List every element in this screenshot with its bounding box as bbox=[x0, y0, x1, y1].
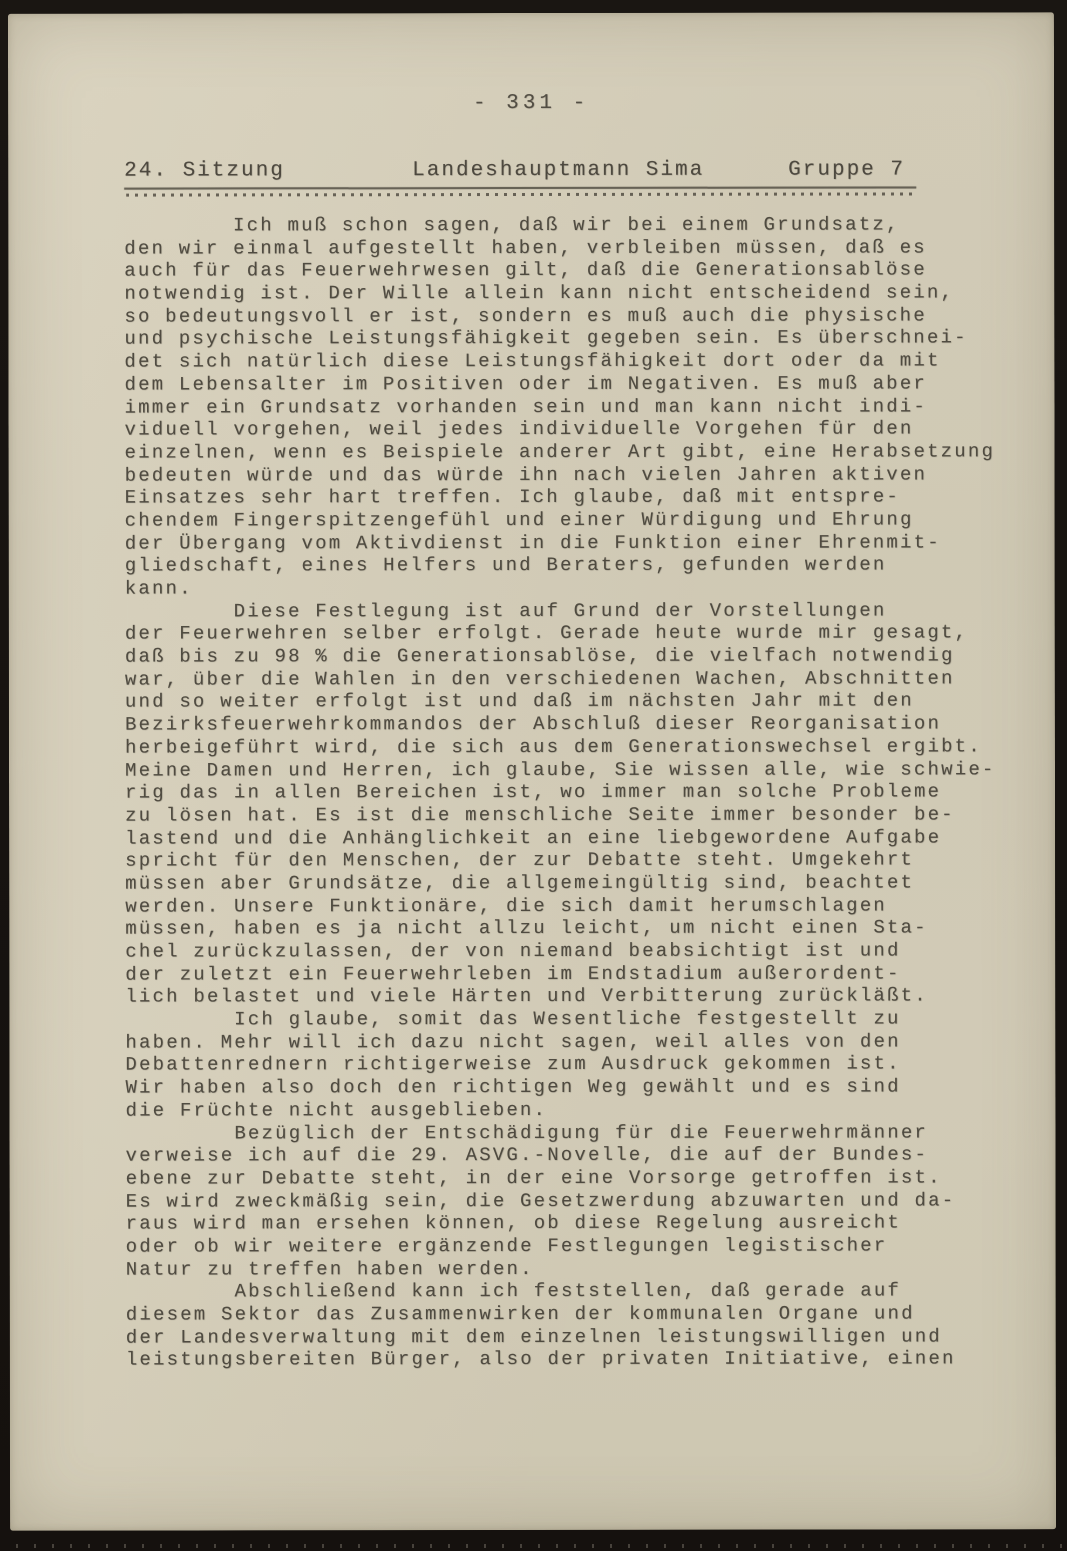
text-line: lastend und die Anhänglichkeit an eine l… bbox=[125, 826, 1025, 850]
header-underline bbox=[124, 186, 916, 189]
text-line: herbeigeführt wird, die sich aus dem Gen… bbox=[125, 735, 1025, 759]
text-line: werden. Unsere Funktionäre, die sich dam… bbox=[125, 894, 1025, 918]
text-line: det sich natürlich diese Leistungsfähigk… bbox=[124, 349, 1024, 373]
paragraph: Bezüglich der Entschädigung für die Feue… bbox=[125, 1121, 1025, 1281]
text-line: bedeuten würde und das würde ihn nach vi… bbox=[125, 463, 1025, 487]
text-line: haben. Mehr will ich dazu nicht sagen, w… bbox=[125, 1030, 1025, 1054]
header-session-label: 24. Sitzung bbox=[124, 159, 285, 182]
text-line: verweise ich auf die 29. ASVG.-Novelle, … bbox=[126, 1143, 1026, 1167]
paragraph: Abschließend kann ich feststellen, daß g… bbox=[126, 1280, 1026, 1372]
text-line: zu lösen hat. Es ist die menschliche Sei… bbox=[125, 803, 1025, 827]
text-line: leistungsbereiten Bürger, also der priva… bbox=[126, 1348, 1026, 1372]
text-line: Natur zu treffen haben werden. bbox=[126, 1257, 1026, 1281]
text-line: Meine Damen und Herren, ich glaube, Sie … bbox=[125, 758, 1025, 782]
film-edge-marks bbox=[0, 1544, 1067, 1548]
text-line: Es wird zweckmäßig sein, die Gesetzwerdu… bbox=[126, 1189, 1026, 1213]
scanned-page: - 331 - 24. Sitzung Landeshauptmann Sima… bbox=[8, 12, 1056, 1530]
text-line: Abschließend kann ich feststellen, daß g… bbox=[126, 1280, 1026, 1304]
text-line: auch für das Feuerwehrwesen gilt, daß di… bbox=[124, 259, 1024, 283]
text-line: Ich glaube, somit das Wesentliche festge… bbox=[125, 1007, 1025, 1031]
text-line: so bedeutungsvoll er ist, sondern es muß… bbox=[124, 304, 1024, 328]
text-line: immer ein Grundsatz vorhanden sein und m… bbox=[124, 395, 1024, 419]
text-line: der Feuerwehren selber erfolgt. Gerade h… bbox=[125, 622, 1025, 646]
text-line: der Übergang vom Aktivdienst in die Funk… bbox=[125, 531, 1025, 555]
text-line: der zuletzt ein Feuerwehrleben im Endsta… bbox=[125, 962, 1025, 986]
text-line: lich belastet und viele Härten und Verbi… bbox=[125, 985, 1025, 1009]
text-line: spricht für den Menschen, der zur Debatt… bbox=[125, 849, 1025, 873]
text-line: einzelnen, wenn es Beispiele anderer Art… bbox=[125, 440, 1025, 464]
text-line: müssen aber Grundsätze, die allgemeingül… bbox=[125, 871, 1025, 895]
text-line: Wir haben also doch den richtigen Weg ge… bbox=[125, 1075, 1025, 1099]
paragraph: Ich muß schon sagen, daß wir bei einem G… bbox=[124, 213, 1025, 600]
text-line: raus wird man ersehen können, ob diese R… bbox=[126, 1212, 1026, 1236]
header-dotted-underline bbox=[126, 192, 916, 196]
text-line: Diese Festlegung ist auf Grund der Vorst… bbox=[125, 599, 1025, 623]
text-line: daß bis zu 98 % die Generationsablöse, d… bbox=[125, 644, 1025, 668]
text-line: notwendig ist. Der Wille allein kann nic… bbox=[124, 281, 1024, 305]
text-line: viduell vorgehen, weil jedes individuell… bbox=[125, 417, 1025, 441]
text-line: und psychische Leistungsfähigkeit gegebe… bbox=[124, 327, 1024, 351]
text-line: oder ob wir weitere ergänzende Festlegun… bbox=[126, 1234, 1026, 1258]
text-line: ebene zur Debatte steht, in der eine Vor… bbox=[126, 1166, 1026, 1190]
paragraph: Diese Festlegung ist auf Grund der Vorst… bbox=[125, 599, 1026, 1009]
text-line: war, über die Wahlen in den verschiedene… bbox=[125, 667, 1025, 691]
header-group-label: Gruppe 7 bbox=[788, 158, 905, 181]
text-line: Bezüglich der Entschädigung für die Feue… bbox=[125, 1121, 1025, 1145]
scanned-document-frame: - 331 - 24. Sitzung Landeshauptmann Sima… bbox=[0, 0, 1067, 1551]
paragraph: Ich glaube, somit das Wesentliche festge… bbox=[125, 1007, 1025, 1122]
text-line: gliedschaft, eines Helfers und Beraters,… bbox=[125, 554, 1025, 578]
page-header: 24. Sitzung Landeshauptmann Sima Gruppe … bbox=[124, 158, 916, 201]
text-line: diesem Sektor das Zusammenwirken der kom… bbox=[126, 1302, 1026, 1326]
text-line: müssen, haben es ja nicht allzu leicht, … bbox=[125, 917, 1025, 941]
header-speaker-label: Landeshauptmann Sima bbox=[412, 159, 704, 182]
text-line: Bezirksfeuerwehrkommandos der Abschluß d… bbox=[125, 712, 1025, 736]
text-line: Ich muß schon sagen, daß wir bei einem G… bbox=[124, 213, 1024, 237]
text-line: chendem Fingerspitzengefühl und einer Wü… bbox=[125, 508, 1025, 532]
text-line: der Landesverwaltung mit dem einzelnen l… bbox=[126, 1325, 1026, 1349]
text-line: den wir einmal aufgestellt haben, verble… bbox=[124, 236, 1024, 260]
text-line: Einsatzes sehr hart treffen. Ich glaube,… bbox=[125, 486, 1025, 510]
text-line: rig das in allen Bereichen ist, wo immer… bbox=[125, 780, 1025, 804]
text-line: dem Lebensalter im Positiven oder im Neg… bbox=[124, 372, 1024, 396]
text-line: und so weiter erfolgt ist und daß im näc… bbox=[125, 690, 1025, 714]
text-line: Debattenrednern richtigerweise zum Ausdr… bbox=[125, 1053, 1025, 1077]
text-line: kann. bbox=[125, 576, 1025, 600]
text-line: chel zurückzulassen, der von niemand bea… bbox=[125, 939, 1025, 963]
text-line: die Früchte nicht ausgeblieben. bbox=[125, 1098, 1025, 1122]
page-number: - 331 - bbox=[8, 91, 1054, 115]
document-body: Ich muß schon sagen, daß wir bei einem G… bbox=[124, 213, 1026, 1371]
